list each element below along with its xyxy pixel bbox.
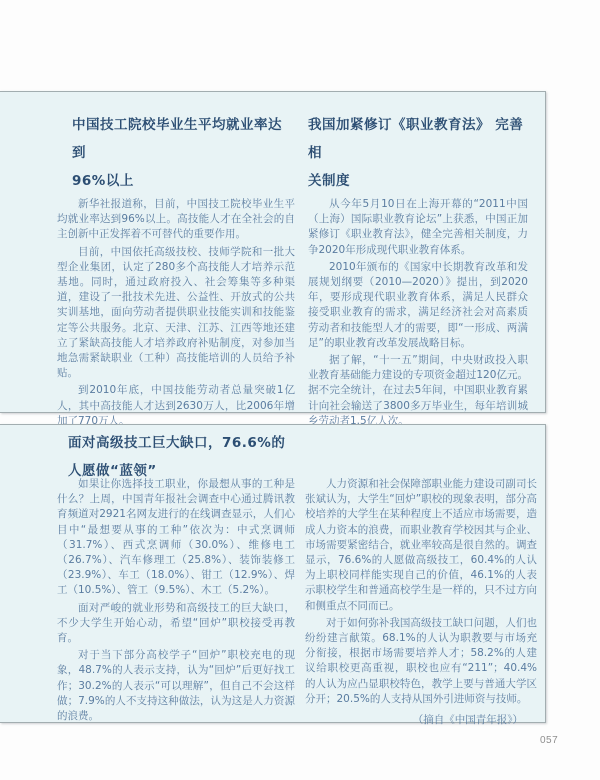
article-blue-collar-right-column: 人力资源和社会保障部职业能力建设司副司长张斌认为，大学生“回炉”职校的现象表明，… — [305, 475, 537, 728]
paragraph: 面对严峻的就业形势和高级技工的巨大缺口，不少大学生开始心动，希望“回炉”职校接受… — [57, 601, 295, 647]
title-line: 中国技工院校毕业生平均就业率达到 — [72, 111, 295, 167]
article-vocational-law: 我国加紧修订《职业教育法》 完善相 关制度 从今年5月10日在上海开幕的“201… — [308, 111, 528, 445]
news-panel-bottom: 面对高级技工巨大缺口，76.6%的 人愿做“蓝领” 如果让你选择技工职业，你最想… — [0, 424, 546, 723]
paragraph: 据了解，“十一五”期间，中央财政投入职业教育基础能力建设的专项资金超过120亿元… — [308, 353, 528, 429]
paragraph: 对于如何弥补我国高级技工缺口问题，人们也纷纷建言献策。68.1%的人认为职教要与… — [305, 616, 537, 707]
article-blue-collar-left-column: 如果让你选择技工职业，你最想从事的工种是什么？上周，中国青年报社会调查中心通过腾… — [57, 475, 295, 724]
title-line: 我国加紧修订《职业教育法》 完善相 — [308, 111, 528, 167]
source-attribution: （摘自《中国青年报》） — [305, 713, 537, 728]
article-title: 我国加紧修订《职业教育法》 完善相 关制度 — [308, 111, 528, 195]
paragraph: 如果让你选择技工职业，你最想从事的工种是什么？上周，中国青年报社会调查中心通过腾… — [57, 477, 295, 599]
paragraph: 从今年5月10日在上海开幕的“2011中国（上海）国际职业教育论坛”上获悉，中国… — [308, 197, 528, 258]
paragraph: 对于当下部分高校学子“回炉”职校充电的现象，48.7%的人表示支持，认为“回炉”… — [57, 648, 295, 724]
paragraph: 2010年颁布的《国家中长期教育改革和发展规划纲要（2010—2020）》提出，… — [308, 260, 528, 351]
magazine-page: 中国技工院校毕业生平均就业率达到 96%以上 新华社报道称，目前，中国技工院校毕… — [0, 0, 600, 780]
paragraph: 新华社报道称，目前，中国技工院校毕业生平均就业率达到96%以上。高技能人才在全社… — [57, 197, 295, 243]
paragraph: 目前，中国依托高级技校、技师学院和一批大型企业集团，认定了280多个高技能人才培… — [57, 245, 295, 382]
title-line: 关制度 — [308, 167, 528, 195]
title-line: 面对高级技工巨大缺口，76.6%的 — [68, 429, 328, 457]
article-employment-rate: 中国技工院校毕业生平均就业率达到 96%以上 新华社报道称，目前，中国技工院校毕… — [57, 111, 295, 445]
paragraph: 人力资源和社会保障部职业能力建设司副司长张斌认为，大学生“回炉”职校的现象表明，… — [305, 477, 537, 614]
title-line: 96%以上 — [72, 167, 295, 195]
news-panel-top: 中国技工院校毕业生平均就业率达到 96%以上 新华社报道称，目前，中国技工院校毕… — [0, 91, 546, 413]
page-number: 057 — [540, 735, 558, 746]
paragraph: 到2010年底，中国技能劳动者总量突破1亿人，其中高技能人才达到2630万人，比… — [57, 383, 295, 429]
article-title: 中国技工院校毕业生平均就业率达到 96%以上 — [57, 111, 295, 195]
